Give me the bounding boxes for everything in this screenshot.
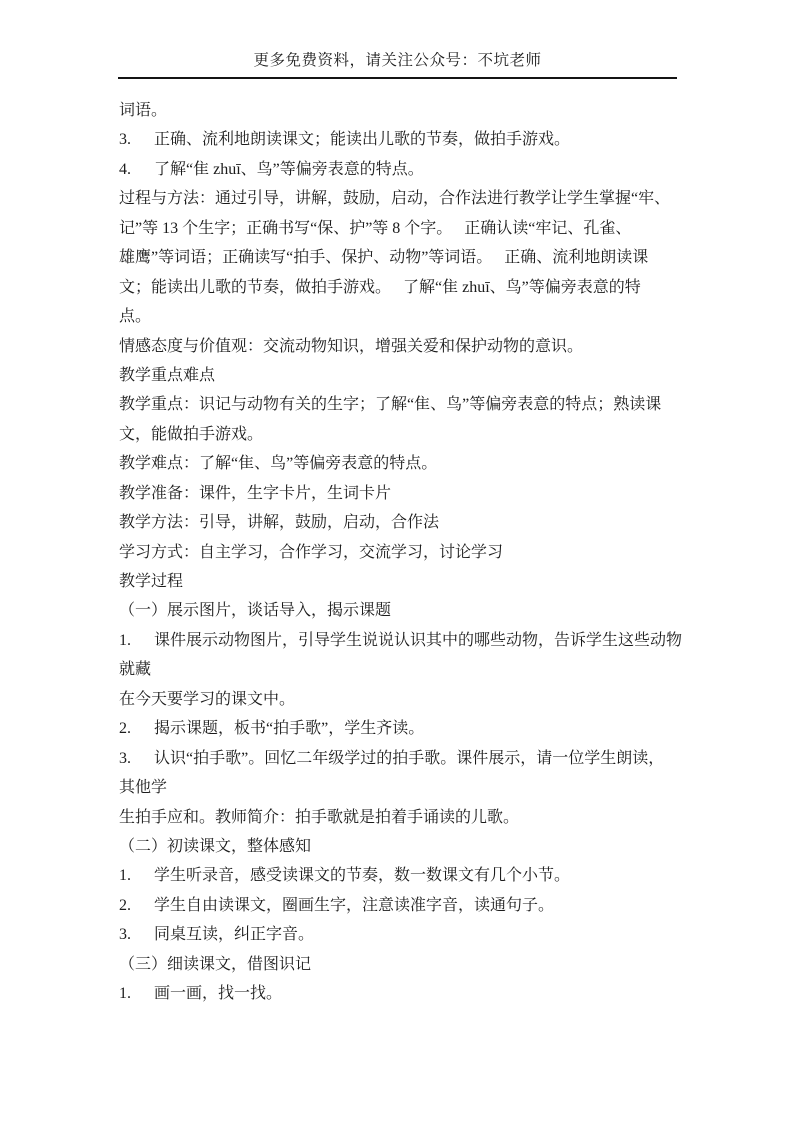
- text-line: 3.正确、流利地朗读课文；能读出儿歌的节奏，做拍手游戏。: [119, 125, 678, 154]
- text-line: （二）初读课文，整体感知: [119, 832, 678, 861]
- list-number: 2.: [119, 891, 154, 920]
- text-line: 学习方式：自主学习，合作学习，交流学习，讨论学习: [119, 538, 678, 567]
- line-text: （三）细读课文，借图识记: [119, 956, 311, 973]
- line-text: 教学方法：引导，讲解，鼓励，启动，合作法: [119, 514, 439, 531]
- text-line: 教学重点难点: [119, 361, 678, 390]
- line-text: 课件展示动物图片，引导学生说说认识其中的哪些动物，告诉学生这些动物: [154, 632, 682, 649]
- line-text: 教学准备：课件，生字卡片，生词卡片: [119, 485, 391, 502]
- text-line: 就藏: [119, 655, 678, 684]
- text-line: 情感态度与价值观：交流动物知识，增强关爱和保护动物的意识。: [119, 332, 678, 361]
- line-text: 教学重点难点: [119, 367, 215, 384]
- list-number: 4.: [119, 155, 154, 184]
- text-line: 2.揭示课题，板书“拍手歌”，学生齐读。: [119, 714, 678, 743]
- list-number: 2.: [119, 714, 154, 743]
- line-text: 点。: [119, 308, 151, 325]
- text-line: 教学难点：了解“隹、鸟”等偏旁表意的特点。: [119, 449, 678, 478]
- line-text: 同桌互读，纠正字音。: [154, 926, 314, 943]
- list-number: 1.: [119, 979, 154, 1008]
- document-body: 词语。3.正确、流利地朗读课文；能读出儿歌的节奏，做拍手游戏。4.了解“隹 zh…: [119, 96, 678, 1009]
- line-text: 学习方式：自主学习，合作学习，交流学习，讨论学习: [119, 544, 503, 561]
- text-line: 过程与方法：通过引导，讲解，鼓励，启动，合作法进行教学让学生掌握“牢、: [119, 184, 678, 213]
- line-text: 揭示课题，板书“拍手歌”，学生齐读。: [154, 720, 424, 737]
- line-text: 生拍手应和。教师简介：拍手歌就是拍着手诵读的儿歌。: [119, 809, 519, 826]
- text-line: （一）展示图片，谈话导入，揭示课题: [119, 596, 678, 625]
- line-text: 文；能读出儿歌的节奏，做拍手游戏。 了解“隹 zhuī、鸟”等偏旁表意的特: [119, 279, 641, 296]
- line-text: 词语。: [119, 102, 167, 119]
- text-line: 在今天要学习的课文中。: [119, 685, 678, 714]
- list-number: 1.: [119, 861, 154, 890]
- text-line: 1.课件展示动物图片，引导学生说说认识其中的哪些动物，告诉学生这些动物: [119, 626, 678, 655]
- line-text: 雄鹰”等词语；正确读写“拍手、保护、动物”等词语。 正确、流利地朗读课: [119, 249, 648, 266]
- line-text: 教学难点：了解“隹、鸟”等偏旁表意的特点。: [119, 455, 437, 472]
- line-text: 正确、流利地朗读课文；能读出儿歌的节奏，做拍手游戏。: [154, 131, 570, 148]
- line-text: 学生听录音，感受读课文的节奏，数一数课文有几个小节。: [154, 867, 570, 884]
- line-text: 教学重点：识记与动物有关的生字；了解“隹、鸟”等偏旁表意的特点；熟读课: [119, 396, 661, 413]
- line-text: 过程与方法：通过引导，讲解，鼓励，启动，合作法进行教学让学生掌握“牢、: [119, 190, 670, 207]
- line-text: 记”等 13 个生字；正确书写“保、护”等 8 个字。 正确认读“牢记、孔雀、: [119, 220, 631, 237]
- text-line: 4.了解“隹 zhuī、鸟”等偏旁表意的特点。: [119, 155, 678, 184]
- text-line: 3.同桌互读，纠正字音。: [119, 920, 678, 949]
- text-line: 其他学: [119, 773, 678, 802]
- line-text: （二）初读课文，整体感知: [119, 838, 311, 855]
- header-rule: [118, 77, 677, 79]
- line-text: （一）展示图片，谈话导入，揭示课题: [119, 602, 391, 619]
- text-line: 雄鹰”等词语；正确读写“拍手、保护、动物”等词语。 正确、流利地朗读课: [119, 243, 678, 272]
- header-note: 更多免费资料，请关注公众号：不坑老师: [118, 51, 677, 71]
- list-number: 1.: [119, 626, 154, 655]
- text-line: 2.学生自由读课文，圈画生字，注意读准字音，读通句子。: [119, 891, 678, 920]
- document-page: 更多免费资料，请关注公众号：不坑老师 词语。3.正确、流利地朗读课文；能读出儿歌…: [0, 0, 793, 1122]
- text-line: 1.学生听录音，感受读课文的节奏，数一数课文有几个小节。: [119, 861, 678, 890]
- line-text: 了解“隹 zhuī、鸟”等偏旁表意的特点。: [154, 161, 424, 178]
- text-line: 1.画一画，找一找。: [119, 979, 678, 1008]
- text-line: 教学过程: [119, 567, 678, 596]
- line-text: 就藏: [119, 661, 151, 678]
- text-line: 3.认识“拍手歌”。回忆二年级学过的拍手歌。课件展示，请一位学生朗读，: [119, 744, 678, 773]
- text-line: 记”等 13 个生字；正确书写“保、护”等 8 个字。 正确认读“牢记、孔雀、: [119, 214, 678, 243]
- line-text: 教学过程: [119, 573, 183, 590]
- text-line: 教学准备：课件，生字卡片，生词卡片: [119, 479, 678, 508]
- line-text: 在今天要学习的课文中。: [119, 691, 295, 708]
- text-line: 文；能读出儿歌的节奏，做拍手游戏。 了解“隹 zhuī、鸟”等偏旁表意的特: [119, 273, 678, 302]
- text-line: 教学重点：识记与动物有关的生字；了解“隹、鸟”等偏旁表意的特点；熟读课: [119, 390, 678, 419]
- line-text: 情感态度与价值观：交流动物知识，增强关爱和保护动物的意识。: [119, 338, 583, 355]
- line-text: 认识“拍手歌”。回忆二年级学过的拍手歌。课件展示，请一位学生朗读，: [154, 750, 664, 767]
- text-line: 教学方法：引导，讲解，鼓励，启动，合作法: [119, 508, 678, 537]
- text-line: （三）细读课文，借图识记: [119, 950, 678, 979]
- list-number: 3.: [119, 125, 154, 154]
- text-line: 词语。: [119, 96, 678, 125]
- text-line: 文，能做拍手游戏。: [119, 420, 678, 449]
- list-number: 3.: [119, 744, 154, 773]
- text-line: 点。: [119, 302, 678, 331]
- text-line: 生拍手应和。教师简介：拍手歌就是拍着手诵读的儿歌。: [119, 803, 678, 832]
- line-text: 其他学: [119, 779, 167, 796]
- line-text: 学生自由读课文，圈画生字，注意读准字音，读通句子。: [154, 897, 554, 914]
- list-number: 3.: [119, 920, 154, 949]
- line-text: 文，能做拍手游戏。: [119, 426, 263, 443]
- line-text: 画一画，找一找。: [154, 985, 282, 1002]
